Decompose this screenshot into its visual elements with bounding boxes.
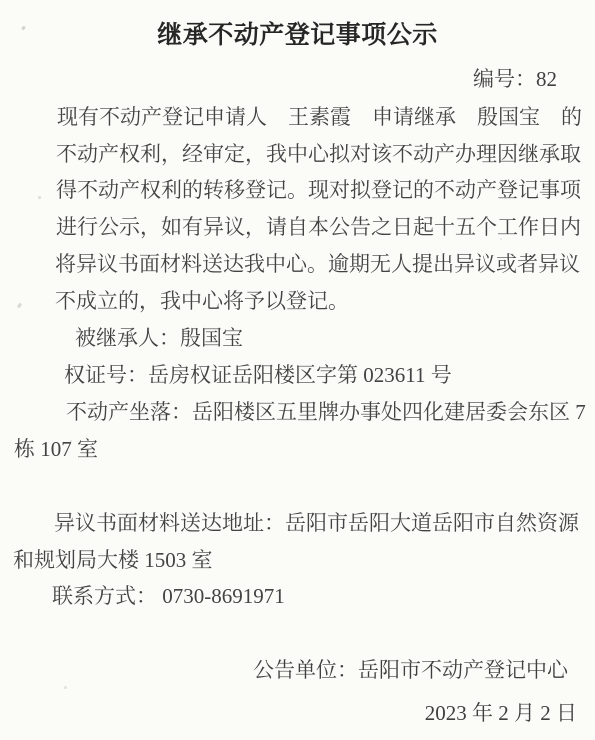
- property-location-line-1: 不动产坐落：岳阳楼区五里牌办事处四化建居委会东区 7: [66, 399, 586, 426]
- notice-document-page: 继承不动产登记事项公示 编号：82 现有不动产登记申请人 王素霞 申请继承 殷国…: [0, 0, 595, 740]
- paragraph-line: 进行公示，如有异议，请自本公告之日起十五个工作日内: [56, 214, 581, 241]
- document-number: 编号：82: [473, 66, 557, 93]
- scan-speck: [17, 303, 22, 309]
- paragraph-line: 不成立的，我中心将予以登记。: [55, 288, 349, 315]
- scan-speck: [64, 686, 67, 689]
- issuer-line: 公告单位：岳阳市不动产登记中心: [253, 657, 568, 684]
- contact-phone-line: 联系方式： 0730-8691971: [52, 583, 285, 610]
- scan-speck: [38, 196, 41, 199]
- paragraph-line: 现有不动产登记申请人 王素霞 申请继承 殷国宝 的: [57, 104, 582, 131]
- decedent-line: 被继承人：殷国宝: [75, 325, 243, 352]
- document-title: 继承不动产登记事项公示: [0, 20, 595, 50]
- paragraph-line: 不动产权利，经审定，我中心拟对该不动产办理因继承取: [56, 141, 581, 168]
- paragraph-line: 将异议书面材料送达我中心。逾期无人提出异议或者异议: [55, 251, 580, 278]
- objection-address-line-1: 异议书面材料送达地址：岳阳市岳阳大道岳阳市自然资源: [54, 510, 579, 537]
- certificate-number-line: 权证号：岳房权证岳阳楼区字第 023611 号: [64, 362, 452, 389]
- date-line: 2023 年 2 月 2 日: [425, 700, 577, 727]
- paragraph-line: 得不动产权利的转移登记。现对拟登记的不动产登记事项: [56, 177, 581, 204]
- objection-address-line-2: 和规划局大楼 1503 室: [13, 547, 213, 574]
- property-location-line-2: 栋 107 室: [14, 436, 98, 463]
